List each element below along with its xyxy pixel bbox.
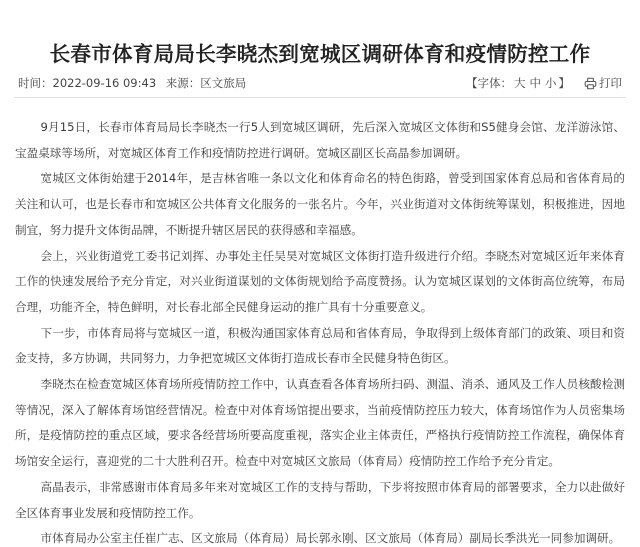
font-size-switcher: 【字体：大中小】	[466, 72, 570, 94]
font-size-label: 【字体：	[466, 76, 512, 90]
article-body: 9月15日，长春市体育局局长李晓杰一行5人到宽城区调研，先后深入宽城区文体街和S…	[15, 115, 625, 547]
article-meta-bar: 时间：2022-09-16 09:43 来源：区文旅局 【字体：大中小】 打印	[18, 72, 622, 94]
font-size-small-button[interactable]: 小	[545, 76, 557, 90]
source-label: 来源：	[166, 76, 201, 90]
article-paragraph: 市体育局办公室主任崔广志、区文旅局（体育局）局长郭永刚、区文旅局（体育局）副局长…	[15, 526, 625, 547]
article-tools: 【字体：大中小】 打印	[466, 72, 622, 94]
article-source: 来源：区文旅局	[166, 76, 247, 90]
publish-time: 时间：2022-09-16 09:43	[18, 76, 156, 90]
source-value: 区文旅局	[200, 76, 246, 90]
time-value: 2022-09-16 09:43	[53, 76, 157, 90]
print-label: 打印	[599, 72, 622, 94]
font-size-medium-button[interactable]: 中	[530, 76, 542, 90]
article-title: 长春市体育局局长李晓杰到宽城区调研体育和疫情防控工作	[0, 36, 640, 72]
publish-info: 时间：2022-09-16 09:43 来源：区文旅局	[18, 72, 252, 94]
header-divider	[14, 97, 626, 98]
article-paragraph: 9月15日，长春市体育局局长李晓杰一行5人到宽城区调研，先后深入宽城区文体街和S…	[15, 115, 625, 166]
article-paragraph: 会上，兴业街道党工委书记刘挥、办事处主任吴昊对宽城区文体街打造升级进行介绍。李晓…	[15, 244, 625, 321]
article-paragraph: 宽城区文体街始建于2014年，是吉林省唯一条以文化和体育命名的特色街路，曾受到国…	[15, 166, 625, 243]
printer-icon	[584, 77, 597, 90]
font-size-large-button[interactable]: 大	[514, 76, 526, 90]
article-paragraph: 高晶表示，非常感谢市体育局多年来对宽城区工作的支持与帮助，下步将按照市体育局的部…	[15, 475, 625, 526]
print-button[interactable]: 打印	[584, 72, 622, 94]
time-label: 时间：	[18, 76, 53, 90]
article-paragraph: 李晓杰在检查宽城区体育场所疫情防控工作中，认真查看各体育场所扫码、测温、消杀、通…	[15, 372, 625, 475]
article-paragraph: 下一步，市体育局将与宽城区一道，积极沟通国家体育总局和省体育局，争取得到上级体育…	[15, 321, 625, 372]
font-size-bracket-close: 】	[559, 76, 571, 90]
